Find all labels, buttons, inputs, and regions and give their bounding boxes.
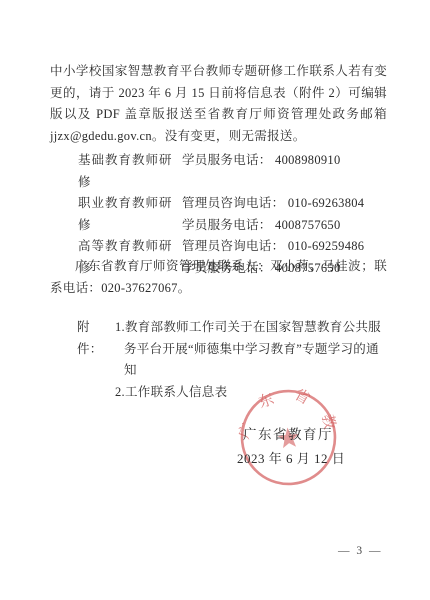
svg-text:广东省教育厅: 广东省教育厅	[233, 382, 341, 458]
contact-category: 职业教育教师研修	[78, 193, 182, 236]
attachments-block: 附件： 1.教育部教师工作司关于在国家智慧教育公共服务平台开展“师德集中学习教育…	[77, 317, 389, 403]
contact-row: 职业教育教师研修 管理员咨询电话： 010-69263804 学员服务电话： 4…	[78, 193, 390, 236]
contact-phones: 管理员咨询电话： 010-69263804 学员服务电话： 4008757650	[182, 193, 390, 236]
contact-phone-line: 管理员咨询电话： 010-69263804	[182, 193, 390, 215]
contact-phone-line: 学员服务电话： 4008980910	[182, 150, 390, 172]
issue-date: 2023 年 6 月 12 日	[237, 448, 345, 467]
paragraph-continuation: 中小学校国家智慧教育平台教师专题研修工作联系人若有变更的，请于 2023 年 6…	[50, 61, 387, 147]
document-page: 中小学校国家智慧教育平台教师专题研修工作联系人若有变更的，请于 2023 年 6…	[0, 0, 430, 600]
page-number: — 3 —	[338, 545, 383, 557]
contact-phone-line: 学员服务电话： 4008757650	[182, 215, 390, 237]
contact-phones: 学员服务电话： 4008980910	[182, 150, 390, 172]
contact-phone-line: 管理员咨询电话： 010-69259486	[182, 236, 390, 258]
seal-arc-text: 广东省教育厅	[233, 382, 341, 458]
attachments-label: 附件：	[77, 317, 115, 403]
issuer-name: 广东省教育厅	[243, 423, 333, 443]
attachment-item-1: 1.教育部教师工作司关于在国家智慧教育公共服务平台开展“师德集中学习教育”专题学…	[115, 317, 389, 382]
department-contact-paragraph: 广东省教育厅师资管理处联系人：邓小莉、马桂波；联系电话：020-37627067…	[50, 256, 387, 299]
contact-row: 基础教育教师研修 学员服务电话： 4008980910	[78, 150, 390, 193]
contact-category: 基础教育教师研修	[78, 150, 182, 193]
